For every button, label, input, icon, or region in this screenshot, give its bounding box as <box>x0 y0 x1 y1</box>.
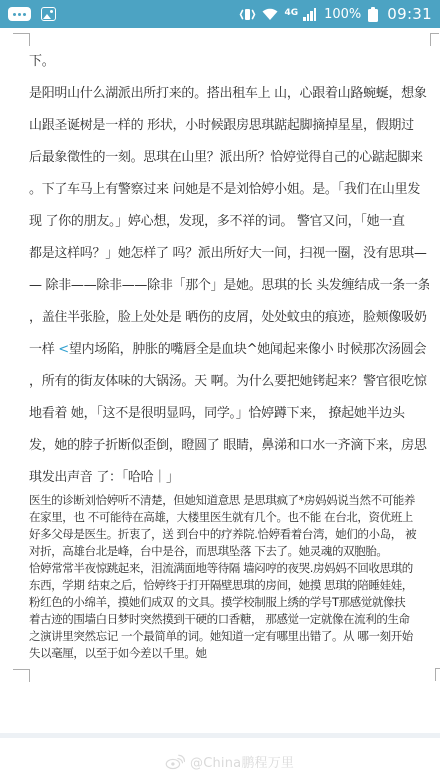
text-line: ，所有的街友体味的大锅汤。天 啊。为什么要把她铐起来？警官很吃惊 <box>29 366 429 398</box>
watermark: @China鹏程万里 <box>165 752 294 771</box>
text-line: 失以毫厘，以至于如今差以千里。她 <box>29 645 431 662</box>
text-line: 东西，学期 结束之后，恰婷终于打开隔壁思琪的房间，她摸 思琪的陪睡娃娃， <box>29 577 431 594</box>
battery-percent-label: 100% <box>324 7 361 22</box>
text-segment: 一样 <box>29 342 58 357</box>
screenshot-gallery-icon <box>41 7 56 21</box>
text-line: 对折，高雄台北是峰，台中是谷，而思琪坠落 下去了。她灵魂的双胞胎。 <box>29 543 431 560</box>
text-line: 。下了车马上有警察过来 问她是不是刘恰婷小姐。是。「我们在山里发 <box>29 174 429 206</box>
text-line: 琪发出声音 了：「哈哈｜」 <box>29 462 429 494</box>
weibo-logo-icon <box>165 753 185 770</box>
margin-corner-mark-bottom-right <box>435 668 440 681</box>
vibrate-icon <box>239 7 256 22</box>
network-type-indicator: 4G <box>284 8 298 18</box>
text-line: — 除非——除非——除非「那个」是她。思琪的长 头发缠结成一条一条 <box>29 270 429 302</box>
link-artifact-char: < <box>58 342 69 357</box>
text-segment: 望内场陷，肿胀的嘴唇全是血块^她闻起来像小 时候那次汤圆会 <box>69 342 426 357</box>
battery-icon <box>368 7 378 22</box>
clock-label: 09:31 <box>387 5 432 23</box>
status-bar: 4G 100% 09:31 <box>0 0 440 28</box>
text-line: 之演讲里突然忘记 一个最简单的词。她知道一定有哪里出错了。从 哪一刻开始 <box>29 628 431 645</box>
text-line: 发，她的脖子折断似歪倒，瞪圆了 眼睛，鼻涕和口水一齐滴下来，房思 <box>29 430 429 462</box>
message-notification-icon <box>8 7 31 21</box>
wifi-icon <box>261 7 279 21</box>
text-line: ，盖住半张脸，脸上处处是 晒伤的皮屑，处处蚊虫的痕迹，脸颊像吸奶 <box>29 302 429 334</box>
document-page-view[interactable]: 下。 是阳明山什么湖派出所打来的。搭出租车上 山，心跟着山路蜿蜒，想象 山跟圣诞… <box>0 28 440 782</box>
margin-corner-mark-top-left <box>13 33 30 46</box>
status-bar-notifications <box>8 7 56 21</box>
text-line: 后最象徵性的一刻。思琪在山里？派出所？恰婷觉得自己的心踮起脚来 <box>29 142 429 174</box>
text-line: 是阳明山什么湖派出所打来的。搭出租车上 山，心跟着山路蜿蜒，想象 <box>29 78 429 110</box>
text-line: 山跟圣诞树是一样的 形状，小时候跟房思琪踮起脚摘掉星星，假期过 <box>29 110 429 142</box>
text-line: 粉红色的小绵羊，摸她们成双 的文具。摸学校制服上绣的学号T那感觉就像扶 <box>29 594 431 611</box>
text-line: 现 了你的朋友。」婷心想，发现，多不祥的词。 警官又问，「她一直 <box>29 206 429 238</box>
text-line: 下。 <box>29 46 429 78</box>
status-bar-indicators: 4G 100% 09:31 <box>239 5 432 23</box>
margin-corner-mark-top-right <box>430 33 439 46</box>
text-line: 着古迹的围墙白日梦时突然摸到干硬的口香糖， 那感觉一定就像在流利的生命 <box>29 611 431 628</box>
page-break-divider <box>0 733 440 738</box>
signal-strength-icon <box>303 8 316 21</box>
body-text-large: 下。 是阳明山什么湖派出所打来的。搭出租车上 山，心跟着山路蜿蜒，想象 山跟圣诞… <box>29 46 429 494</box>
text-line: 恰婷常常半夜惊跳起来，泪流满面地等待隔 墙闷哼的夜哭.房妈妈不回收思琪的 <box>29 560 431 577</box>
body-text-small: 医生的诊断刘恰婷听不清楚，但她知道意思 是思琪疯了*房妈妈说当然不可能养 在家里… <box>29 492 431 662</box>
text-line: 地看着 她，「这不是很明显吗，同学。」恰婷蹲下来， 撩起她半边头 <box>29 398 429 430</box>
text-line: 好多父母是医生。折衷了，送 到台中的疗养院.恰婷看着台湾，她们的小岛， 被 <box>29 526 431 543</box>
text-line: 医生的诊断刘恰婷听不清楚，但她知道意思 是思琪疯了*房妈妈说当然不可能养 <box>29 492 431 509</box>
text-line-with-link-artifact: 一样 <望内场陷，肿胀的嘴唇全是血块^她闻起来像小 时候那次汤圆会 <box>29 334 429 366</box>
text-line: 在家里，也 不可能待在高雄，大楼里医生就有几个。也不能 在台北，资优班上 <box>29 509 431 526</box>
margin-corner-mark-bottom-left <box>13 669 30 682</box>
watermark-text: @China鹏程万里 <box>190 752 294 771</box>
text-line: 都是这样吗？」她怎样了 吗？派出所好大一间，扫视一圈，没有思琪— <box>29 238 429 270</box>
